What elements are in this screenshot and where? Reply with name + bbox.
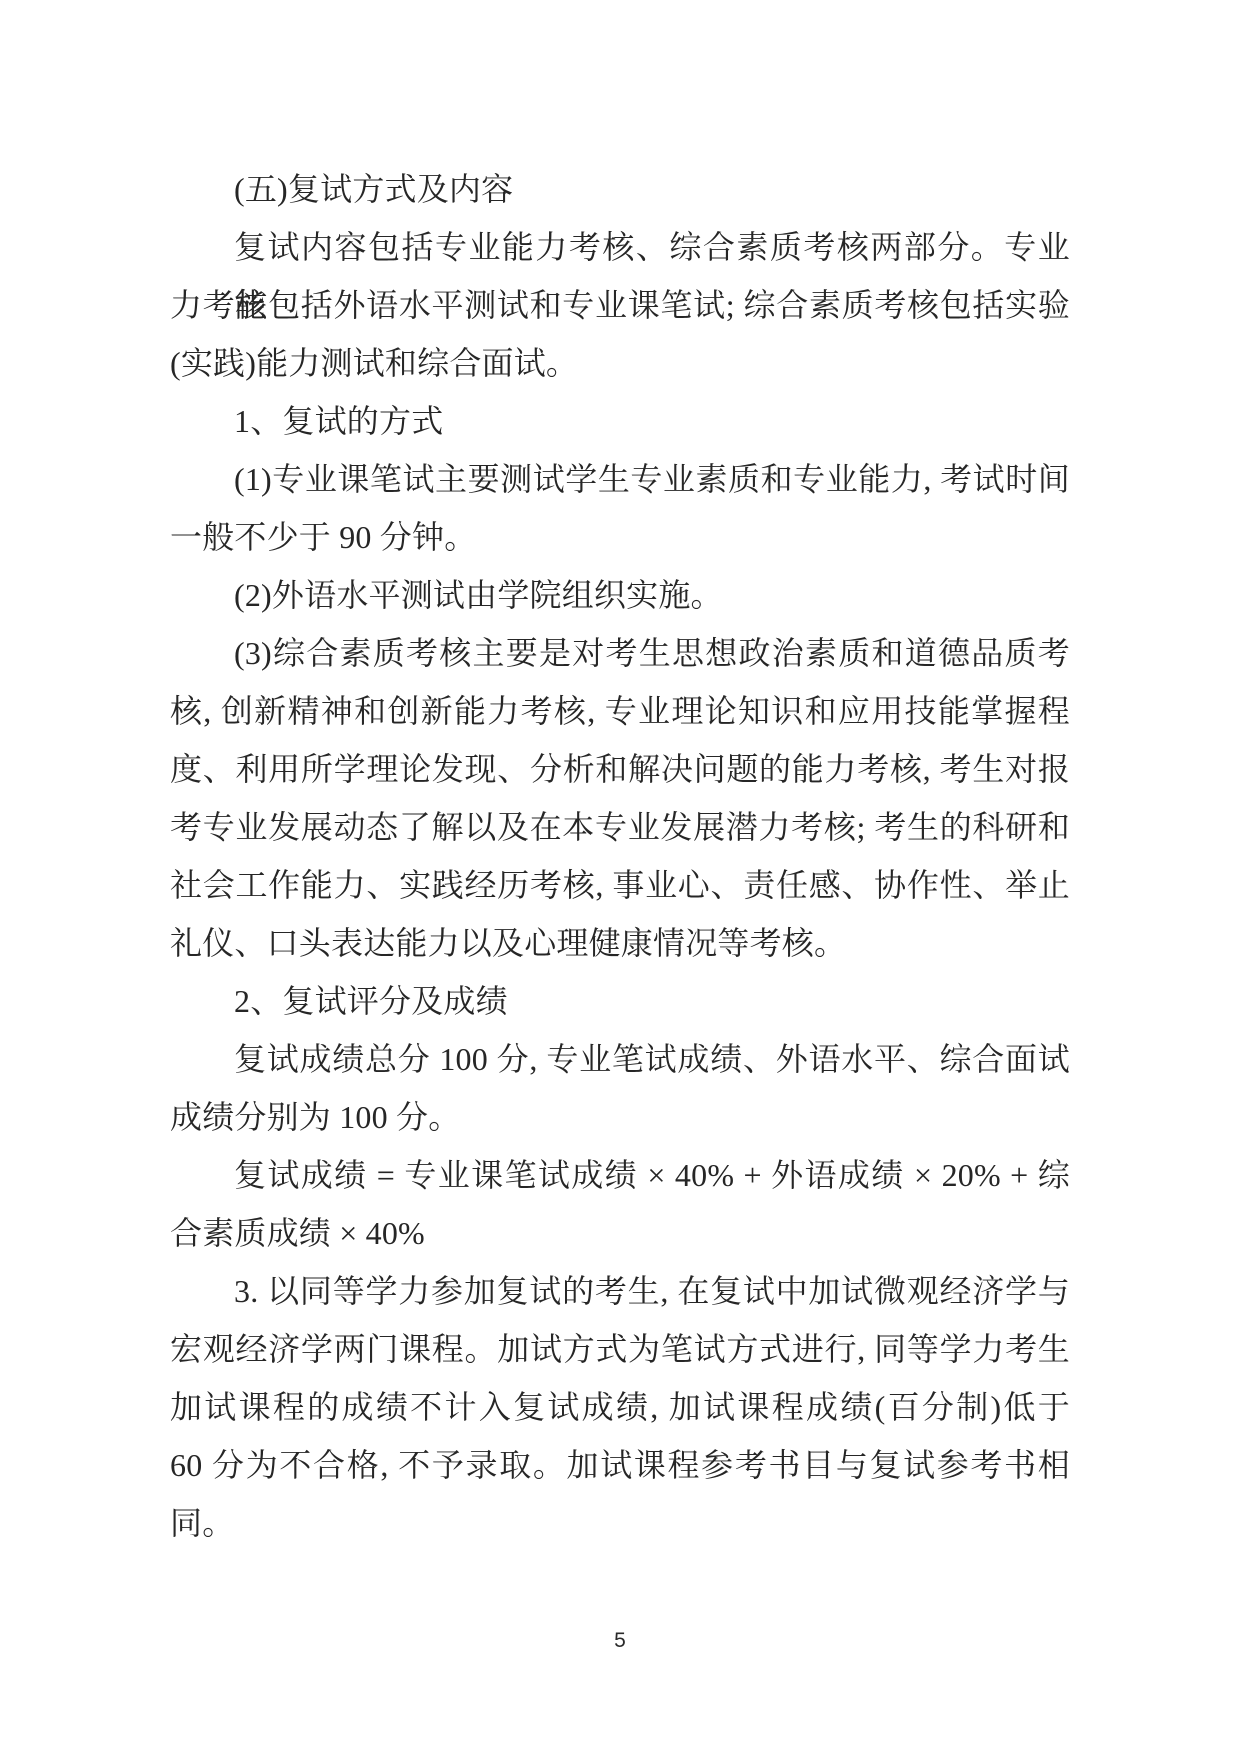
paragraph-line: 同。	[170, 1494, 1070, 1552]
paragraph-line: 核, 创新精神和创新能力考核, 专业理论知识和应用技能掌握程	[170, 682, 1070, 740]
document-page: (五)复试方式及内容 复试内容包括专业能力考核、综合素质考核两部分。专业能 力考…	[0, 0, 1240, 1754]
subsection-heading: 1、复试的方式	[170, 392, 1070, 450]
text-block: (五)复试方式及内容 复试内容包括专业能力考核、综合素质考核两部分。专业能 力考…	[170, 160, 1070, 1552]
paragraph-line: (1)专业课笔试主要测试学生专业素质和专业能力, 考试时间	[170, 450, 1070, 508]
paragraph-line: 社会工作能力、实践经历考核, 事业心、责任感、协作性、举止	[170, 856, 1070, 914]
paragraph-line: 复试成绩总分 100 分, 专业笔试成绩、外语水平、综合面试	[170, 1030, 1070, 1088]
paragraph-line: 礼仪、口头表达能力以及心理健康情况等考核。	[170, 914, 1070, 972]
paragraph-line: (2)外语水平测试由学院组织实施。	[170, 566, 1070, 624]
paragraph-line: (实践)能力测试和综合面试。	[170, 334, 1070, 392]
section-heading: (五)复试方式及内容	[170, 160, 1070, 218]
paragraph-line: (3)综合素质考核主要是对考生思想政治素质和道德品质考	[170, 624, 1070, 682]
paragraph-line: 60 分为不合格, 不予录取。加试课程参考书目与复试参考书相	[170, 1436, 1070, 1494]
paragraph-line: 一般不少于 90 分钟。	[170, 508, 1070, 566]
formula-line: 合素质成绩 × 40%	[170, 1204, 1070, 1262]
paragraph-line: 复试内容包括专业能力考核、综合素质考核两部分。专业能	[170, 218, 1070, 276]
paragraph-line: 加试课程的成绩不计入复试成绩, 加试课程成绩(百分制)低于	[170, 1378, 1070, 1436]
paragraph-line: 宏观经济学两门课程。加试方式为笔试方式进行, 同等学力考生	[170, 1320, 1070, 1378]
paragraph-line: 成绩分别为 100 分。	[170, 1088, 1070, 1146]
paragraph-line: 考专业发展动态了解以及在本专业发展潜力考核; 考生的科研和	[170, 798, 1070, 856]
page-number: 5	[0, 1626, 1240, 1656]
paragraph-line: 力考核包括外语水平测试和专业课笔试; 综合素质考核包括实验	[170, 276, 1070, 334]
paragraph-line: 3. 以同等学力参加复试的考生, 在复试中加试微观经济学与	[170, 1262, 1070, 1320]
formula-line: 复试成绩 = 专业课笔试成绩 × 40% + 外语成绩 × 20% + 综	[170, 1146, 1070, 1204]
paragraph-line: 度、利用所学理论发现、分析和解决问题的能力考核, 考生对报	[170, 740, 1070, 798]
subsection-heading: 2、复试评分及成绩	[170, 972, 1070, 1030]
